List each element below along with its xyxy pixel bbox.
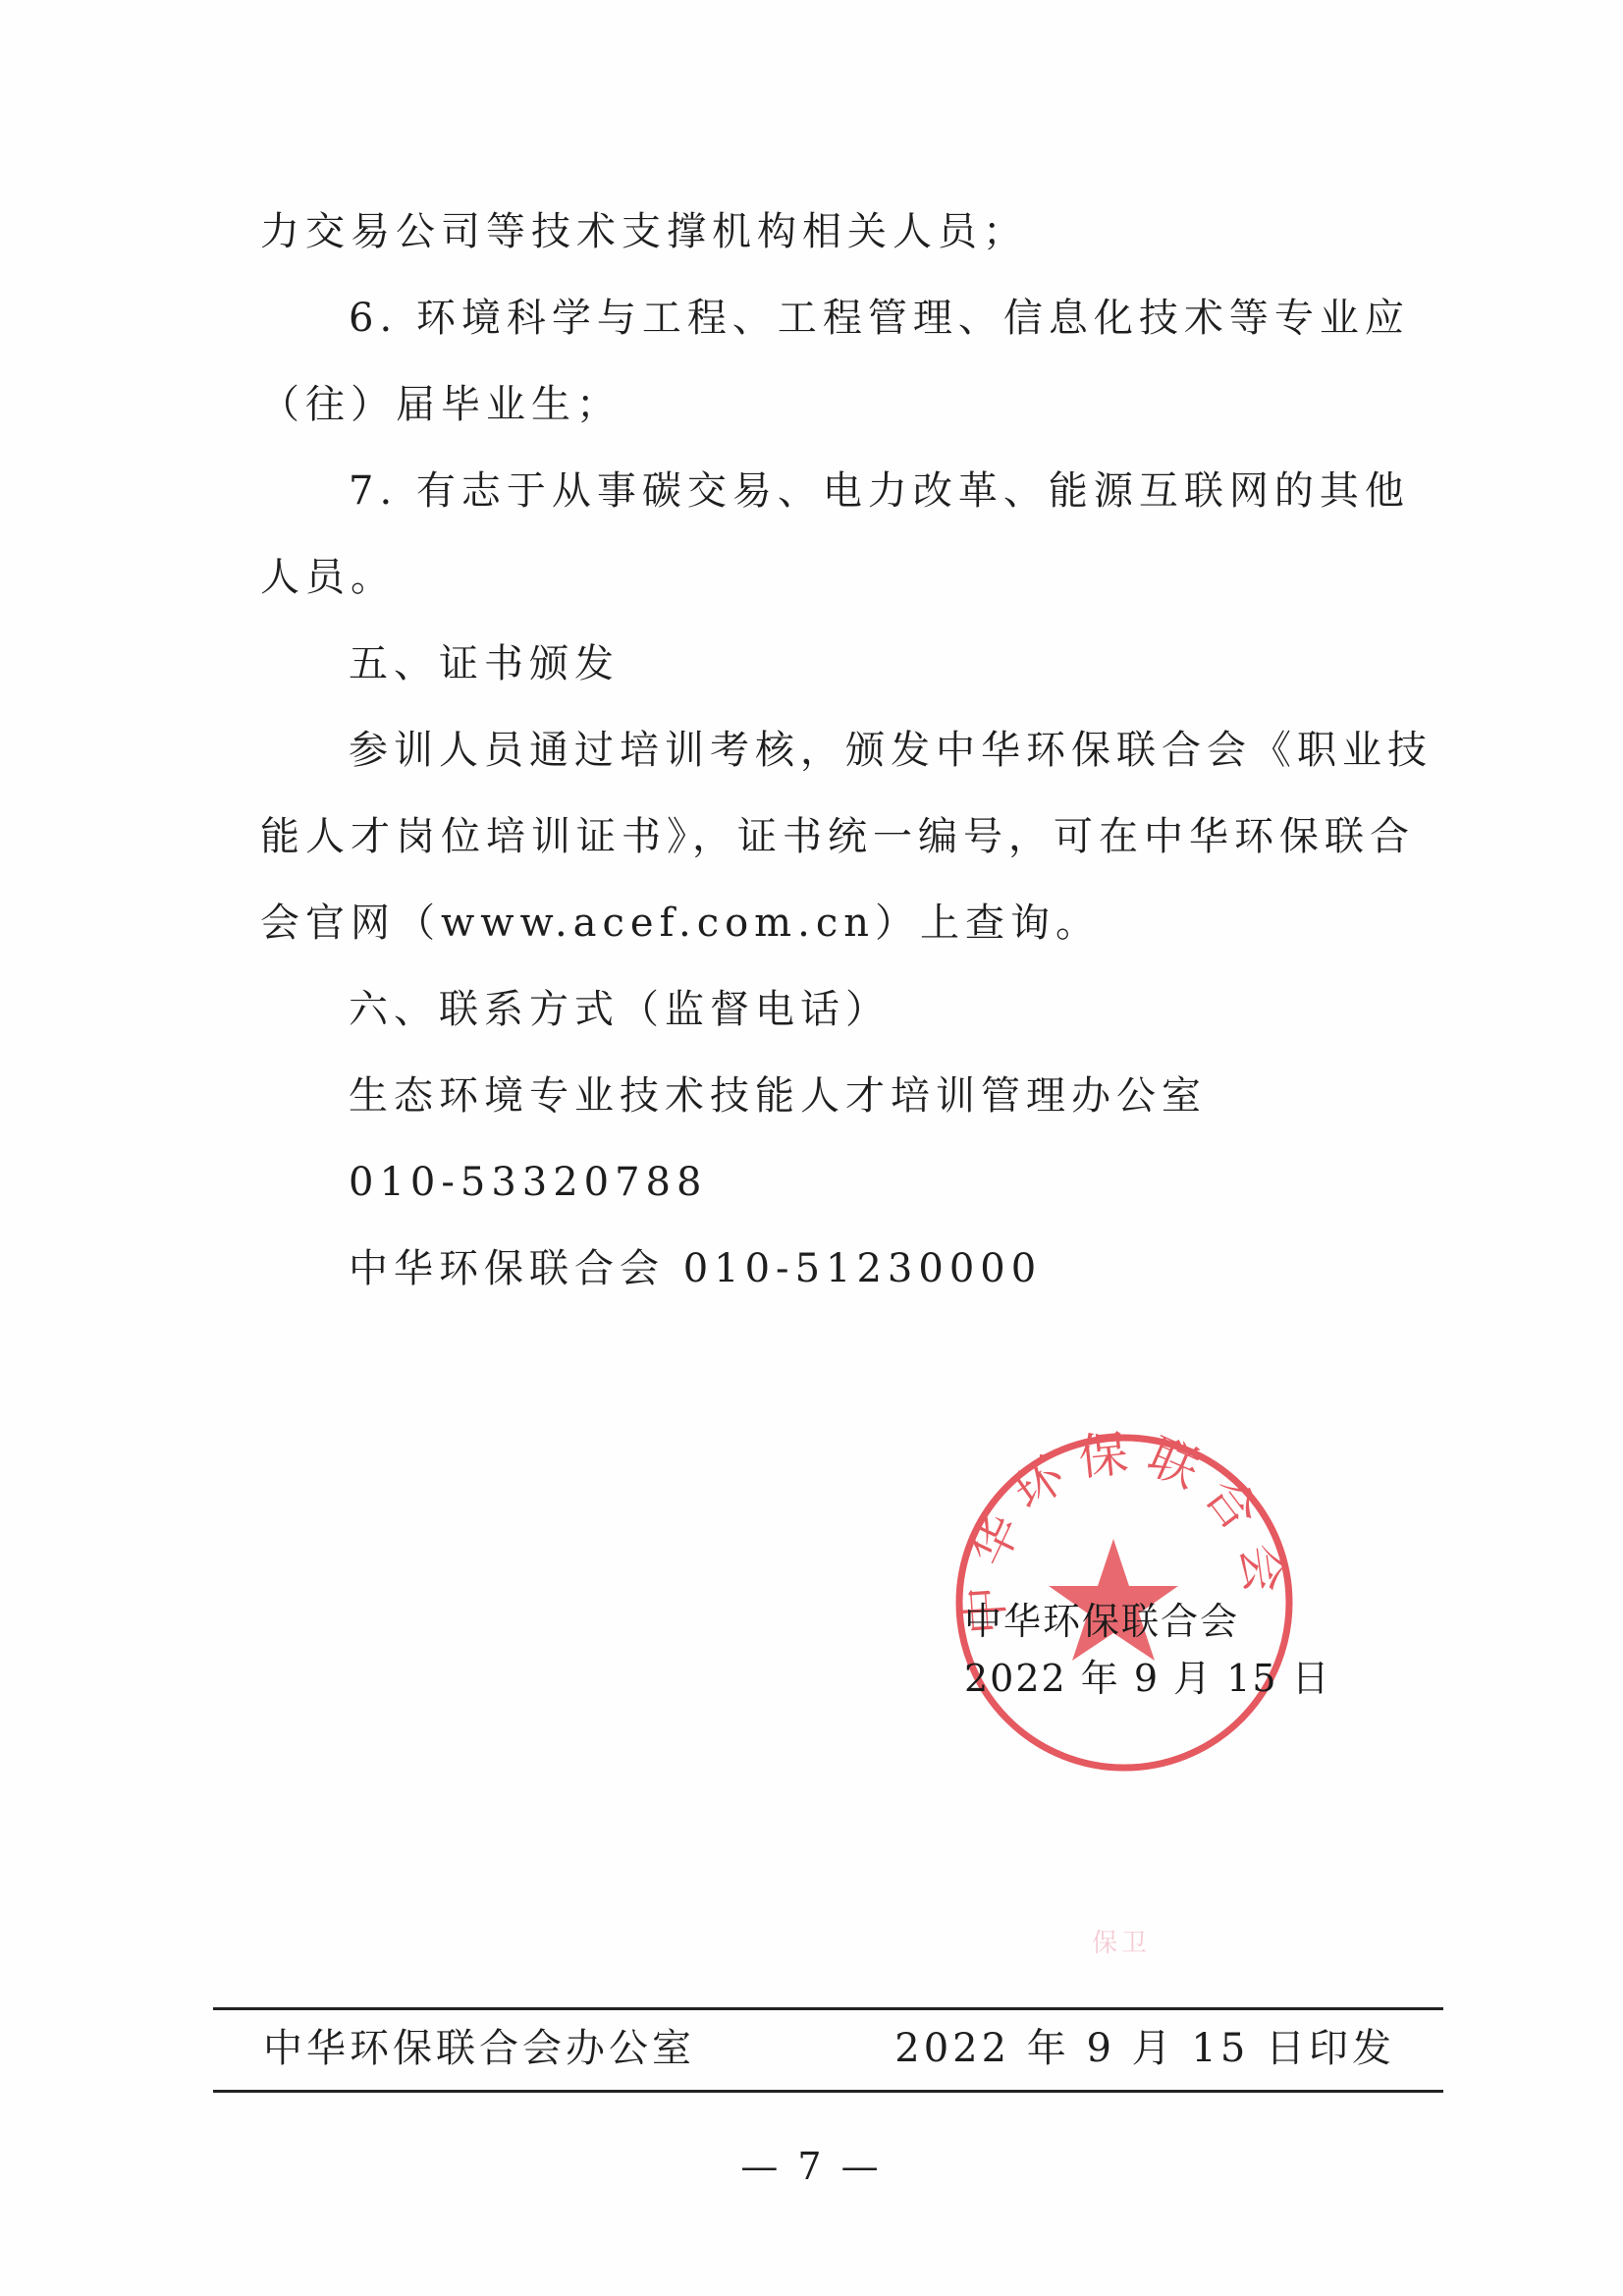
body-text-line: 五、证书颁发	[349, 640, 1478, 687]
body-text-line: 参训人员通过培训考核，颁发中华环保联合会《职业技	[349, 727, 1389, 774]
footer-issue-date: 2022 年 9 月 15 日印发	[894, 2025, 1395, 2072]
body-text-line: 6. 环境科学与工程、工程管理、信息化技术等专业应	[349, 295, 1389, 342]
signature-organization: 中华环保联合会	[964, 1599, 1239, 1644]
faint-bleedthrough-mark: 保卫	[1092, 1923, 1151, 1959]
body-text-line: 中华环保联合会 010-51230000	[349, 1245, 1478, 1292]
body-text-line: 生态环境专业技术技能人才培训管理办公室	[349, 1072, 1478, 1120]
body-text-line: 会官网（www.acef.com.cn）上查询。	[260, 900, 1389, 947]
body-text-line: 010-53320788	[349, 1159, 1478, 1206]
document-page: 力交易公司等技术支撑机构相关人员；6. 环境科学与工程、工程管理、信息化技术等专…	[0, 0, 1623, 2296]
body-text-line: （往）届毕业生；	[260, 381, 1389, 428]
body-text-line: 能人才岗位培训证书》，证书统一编号，可在中华环保联合	[260, 813, 1389, 860]
body-text-line: 六、联系方式（监督电话）	[349, 986, 1478, 1033]
footer-issuer: 中华环保联合会办公室	[263, 2025, 695, 2072]
page-number: — 7 —	[0, 2145, 1623, 2188]
body-text-line: 人员。	[260, 554, 1389, 601]
footer-top-rule	[213, 2007, 1443, 2010]
signature-date: 2022 年 9 月 15 日	[964, 1656, 1331, 1701]
body-text-line: 7. 有志于从事碳交易、电力改革、能源互联网的其他	[349, 467, 1389, 515]
body-text-line: 力交易公司等技术支撑机构相关人员；	[260, 208, 1389, 255]
footer-bottom-rule	[213, 2090, 1443, 2093]
